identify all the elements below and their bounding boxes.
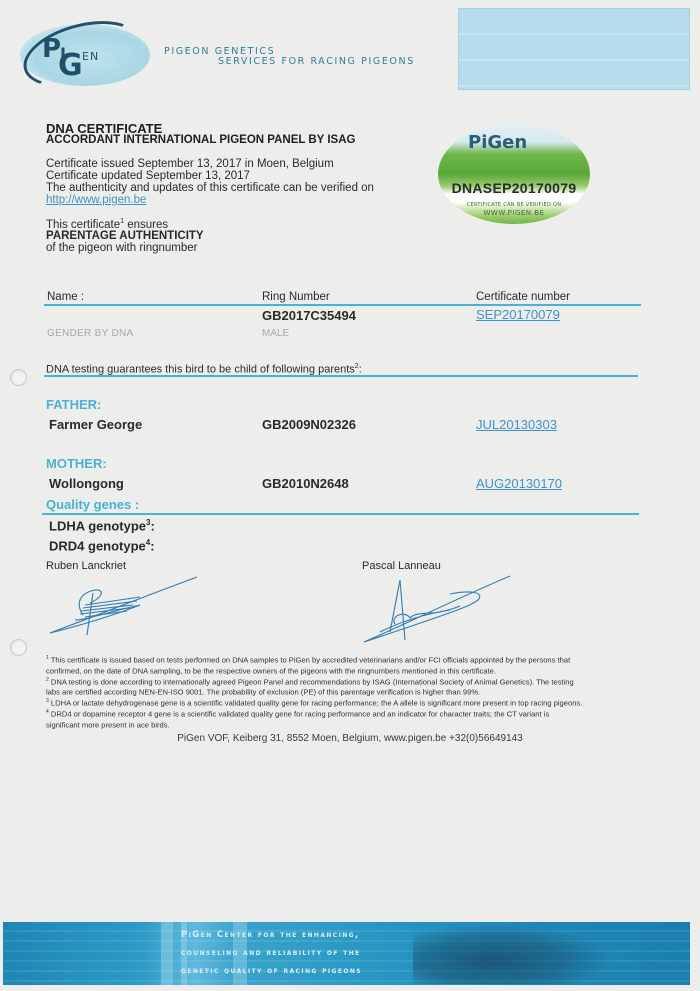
banner-stripe	[161, 922, 173, 985]
dna-molecule-graphic	[413, 926, 603, 984]
footnote-text: significant more present in ace birds.	[46, 721, 170, 730]
company-address: PiGen VOF, Keiberg 31, 8552 Moen, Belgiu…	[0, 733, 700, 744]
footnote-text: DNA testing is done according to interna…	[49, 677, 574, 686]
divider	[44, 375, 638, 377]
footnote-text: confirmed, on the date of DNA sampling, …	[46, 666, 496, 675]
footnote: 2 DNA testing is done according to inter…	[46, 676, 646, 687]
footnote-text: labs are certified according NEN-EN-ISO …	[46, 688, 480, 697]
gender-value: MALE	[262, 328, 289, 339]
seal-logo: PiGen	[468, 132, 527, 153]
certificate-subtitle: ACCORDANT INTERNATIONAL PIGEON PANEL BY …	[46, 134, 355, 146]
divider	[42, 513, 639, 515]
pigen-logo: P I G EN	[20, 20, 155, 90]
verify-link[interactable]: http://www.pigen.be	[46, 194, 146, 206]
parents-guarantee: DNA testing guarantees this bird to be c…	[46, 363, 362, 376]
updated-date: Certificate updated September 13, 2017	[46, 170, 250, 182]
banner-line3: genetic quality of racing pigeons	[181, 966, 362, 976]
gene-colon: :	[150, 518, 154, 533]
seal-sub-text: CERTIFICATE CAN BE VERIFIED ON	[438, 202, 590, 208]
father-ring-number: GB2009N02326	[262, 417, 356, 432]
footer-banner: PiGen Center for the enhancing, counseli…	[3, 922, 690, 985]
signature-icon	[360, 572, 520, 647]
punch-hole	[10, 369, 27, 386]
footnote-text: LDHA or lactate dehydrogenase gene is a …	[49, 699, 583, 708]
gender-label: GENDER BY DNA	[47, 328, 134, 339]
ensures-line: This certificate1 ensures	[46, 218, 168, 231]
seal-website: WWW.PIGEN.BE	[438, 209, 590, 217]
mother-ring-number: GB2010N2648	[262, 476, 349, 491]
issued-date: Certificate issued September 13, 2017 in…	[46, 158, 334, 170]
footnote: significant more present in ace birds.	[46, 719, 646, 730]
logo-letters-en: EN	[82, 50, 99, 63]
seal-code: DNASEP20170079	[438, 180, 590, 196]
footnote: 1 This certificate is issued based on te…	[46, 654, 646, 665]
logo-letter-g: G	[58, 48, 83, 83]
divider	[44, 304, 641, 306]
banner-line1: PiGen Center for the enhancing,	[181, 930, 360, 940]
signature-icon	[45, 575, 205, 640]
footnotes: 1 This certificate is issued based on te…	[46, 654, 646, 730]
bird-ring-number: GB2017C35494	[262, 308, 356, 323]
gene-label: LDHA genotype	[49, 518, 146, 533]
tagline-line2: SERVICES FOR RACING PIGEONS	[218, 56, 415, 67]
footnote: 3 LDHA or lactate dehydrogenase gene is …	[46, 697, 646, 708]
gene-colon: :	[150, 538, 154, 553]
header-ring-number: Ring Number	[262, 291, 330, 303]
header-certificate-number: Certificate number	[476, 291, 570, 303]
mother-certificate-link[interactable]: AUG20130170	[476, 476, 562, 491]
parentage-authenticity: PARENTAGE AUTHENTICITY	[46, 230, 204, 242]
quality-genes-label: Quality genes :	[46, 497, 139, 512]
verify-text: The authenticity and updates of this cer…	[46, 182, 374, 194]
signer-name: Ruben Lanckriet	[46, 560, 126, 572]
header-name: Name :	[47, 291, 84, 303]
ldha-genotype: LDHA genotype3:	[49, 518, 155, 533]
verification-seal: PiGen DNASEP20170079 CERTIFICATE CAN BE …	[438, 124, 590, 224]
footnote: confirmed, on the date of DNA sampling, …	[46, 665, 646, 676]
footnote-text: This certificate is issued based on test…	[49, 656, 570, 665]
mother-name: Wollongong	[49, 476, 124, 491]
footnote: labs are certified according NEN-EN-ISO …	[46, 686, 646, 697]
drd4-genotype: DRD4 genotype4:	[49, 538, 155, 553]
header-blue-box	[458, 8, 690, 90]
bird-certificate-link[interactable]: SEP20170079	[476, 307, 560, 322]
punch-hole	[10, 639, 27, 656]
banner-line2: counseling and reliability of the	[181, 948, 361, 958]
guarantee-colon: :	[359, 364, 362, 376]
ringnumber-text: of the pigeon with ringnumber	[46, 242, 198, 254]
mother-label: MOTHER:	[46, 456, 107, 471]
footnote-text: DRD4 or dopamine receptor 4 gene is a sc…	[49, 710, 549, 719]
father-label: FATHER:	[46, 397, 101, 412]
footnote: 4 DRD4 or dopamine receptor 4 gene is a …	[46, 708, 646, 719]
signer-name: Pascal Lanneau	[362, 560, 441, 572]
father-certificate-link[interactable]: JUL20130303	[476, 417, 557, 432]
guarantee-text: DNA testing guarantees this bird to be c…	[46, 364, 355, 376]
father-name: Farmer George	[49, 417, 142, 432]
gene-label: DRD4 genotype	[49, 538, 146, 553]
